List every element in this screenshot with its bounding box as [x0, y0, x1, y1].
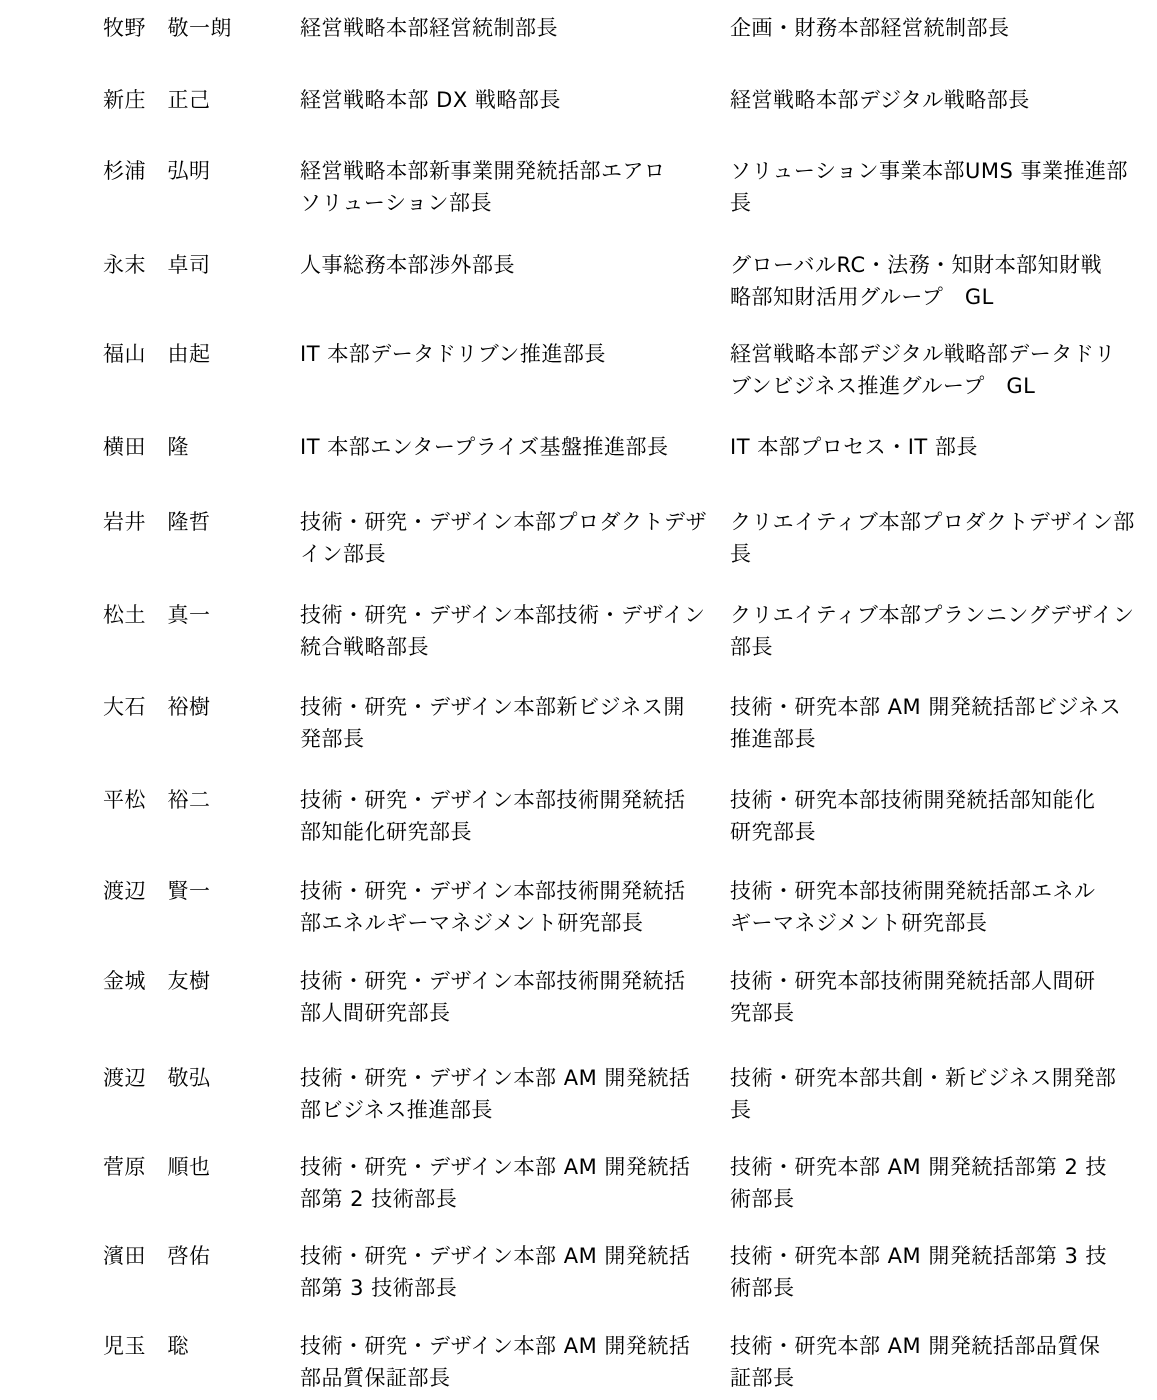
- new-position: 技術・研究・デザイン本部技術開発統括 部エネルギーマネジメント研究部長: [300, 875, 713, 939]
- new-position: IT 本部データドリブン推進部長: [300, 338, 713, 370]
- person-name: 渡辺 賢一: [103, 875, 293, 907]
- new-position: 技術・研究・デザイン本部技術・デザイン 統合戦略部長: [300, 599, 713, 663]
- person-name: 横田 隆: [103, 431, 293, 463]
- person-name: 永末 卓司: [103, 249, 293, 281]
- new-position: 技術・研究・デザイン本部 AM 開発統括 部ビジネス推進部長: [300, 1062, 713, 1126]
- new-position: 技術・研究・デザイン本部プロダクトデザ イン部長: [300, 506, 713, 570]
- previous-position: クリエイティブ本部プロダクトデザイン部 長: [730, 506, 1138, 570]
- previous-position: クリエイティブ本部プランニングデザイン 部長: [730, 599, 1138, 663]
- person-name: 金城 友樹: [103, 965, 293, 997]
- previous-position: IT 本部プロセス・IT 部長: [730, 431, 1138, 463]
- document-page: 牧野 敬一朗経営戦略本部経営統制部長企画・財務本部経営統制部長新庄 正己経営戦略…: [0, 0, 1157, 1400]
- previous-position: 技術・研究本部 AM 開発統括部第 2 技 術部長: [730, 1151, 1138, 1215]
- new-position: 経営戦略本部新事業開発統括部エアロ ソリューション部長: [300, 155, 713, 219]
- new-position: IT 本部エンタープライズ基盤推進部長: [300, 431, 713, 463]
- new-position: 技術・研究・デザイン本部技術開発統括 部人間研究部長: [300, 965, 713, 1029]
- person-name: 渡辺 敬弘: [103, 1062, 293, 1094]
- new-position: 技術・研究・デザイン本部新ビジネス開 発部長: [300, 691, 713, 755]
- previous-position: 経営戦略本部デジタル戦略部データドリ ブンビジネス推進グループ GL: [730, 338, 1138, 402]
- new-position: 経営戦略本部 DX 戦略部長: [300, 84, 713, 116]
- previous-position: 企画・財務本部経営統制部長: [730, 12, 1138, 44]
- new-position: 技術・研究・デザイン本部 AM 開発統括 部第 3 技術部長: [300, 1240, 713, 1304]
- previous-position: 技術・研究本部 AM 開発統括部ビジネス 推進部長: [730, 691, 1138, 755]
- previous-position: ソリューション事業本部UMS 事業推進部 長: [730, 155, 1138, 219]
- new-position: 経営戦略本部経営統制部長: [300, 12, 713, 44]
- new-position: 技術・研究・デザイン本部 AM 開発統括 部第 2 技術部長: [300, 1151, 713, 1215]
- person-name: 松土 真一: [103, 599, 293, 631]
- new-position: 技術・研究・デザイン本部 AM 開発統括 部品質保証部長: [300, 1330, 713, 1394]
- person-name: 新庄 正己: [103, 84, 293, 116]
- previous-position: 技術・研究本部 AM 開発統括部品質保 証部長: [730, 1330, 1138, 1394]
- previous-position: 技術・研究本部技術開発統括部エネル ギーマネジメント研究部長: [730, 875, 1138, 939]
- previous-position: 技術・研究本部 AM 開発統括部第 3 技 術部長: [730, 1240, 1138, 1304]
- person-name: 福山 由起: [103, 338, 293, 370]
- person-name: 岩井 隆哲: [103, 506, 293, 538]
- previous-position: グローバルRC・法務・知財本部知財戦 略部知財活用グループ GL: [730, 249, 1138, 313]
- person-name: 牧野 敬一朗: [103, 12, 293, 44]
- previous-position: 技術・研究本部技術開発統括部知能化 研究部長: [730, 784, 1138, 848]
- previous-position: 技術・研究本部技術開発統括部人間研 究部長: [730, 965, 1138, 1029]
- person-name: 児玉 聡: [103, 1330, 293, 1362]
- person-name: 濱田 啓佑: [103, 1240, 293, 1272]
- person-name: 菅原 順也: [103, 1151, 293, 1183]
- previous-position: 技術・研究本部共創・新ビジネス開発部 長: [730, 1062, 1138, 1126]
- person-name: 平松 裕二: [103, 784, 293, 816]
- person-name: 杉浦 弘明: [103, 155, 293, 187]
- previous-position: 経営戦略本部デジタル戦略部長: [730, 84, 1138, 116]
- new-position: 技術・研究・デザイン本部技術開発統括 部知能化研究部長: [300, 784, 713, 848]
- person-name: 大石 裕樹: [103, 691, 293, 723]
- new-position: 人事総務本部渉外部長: [300, 249, 713, 281]
